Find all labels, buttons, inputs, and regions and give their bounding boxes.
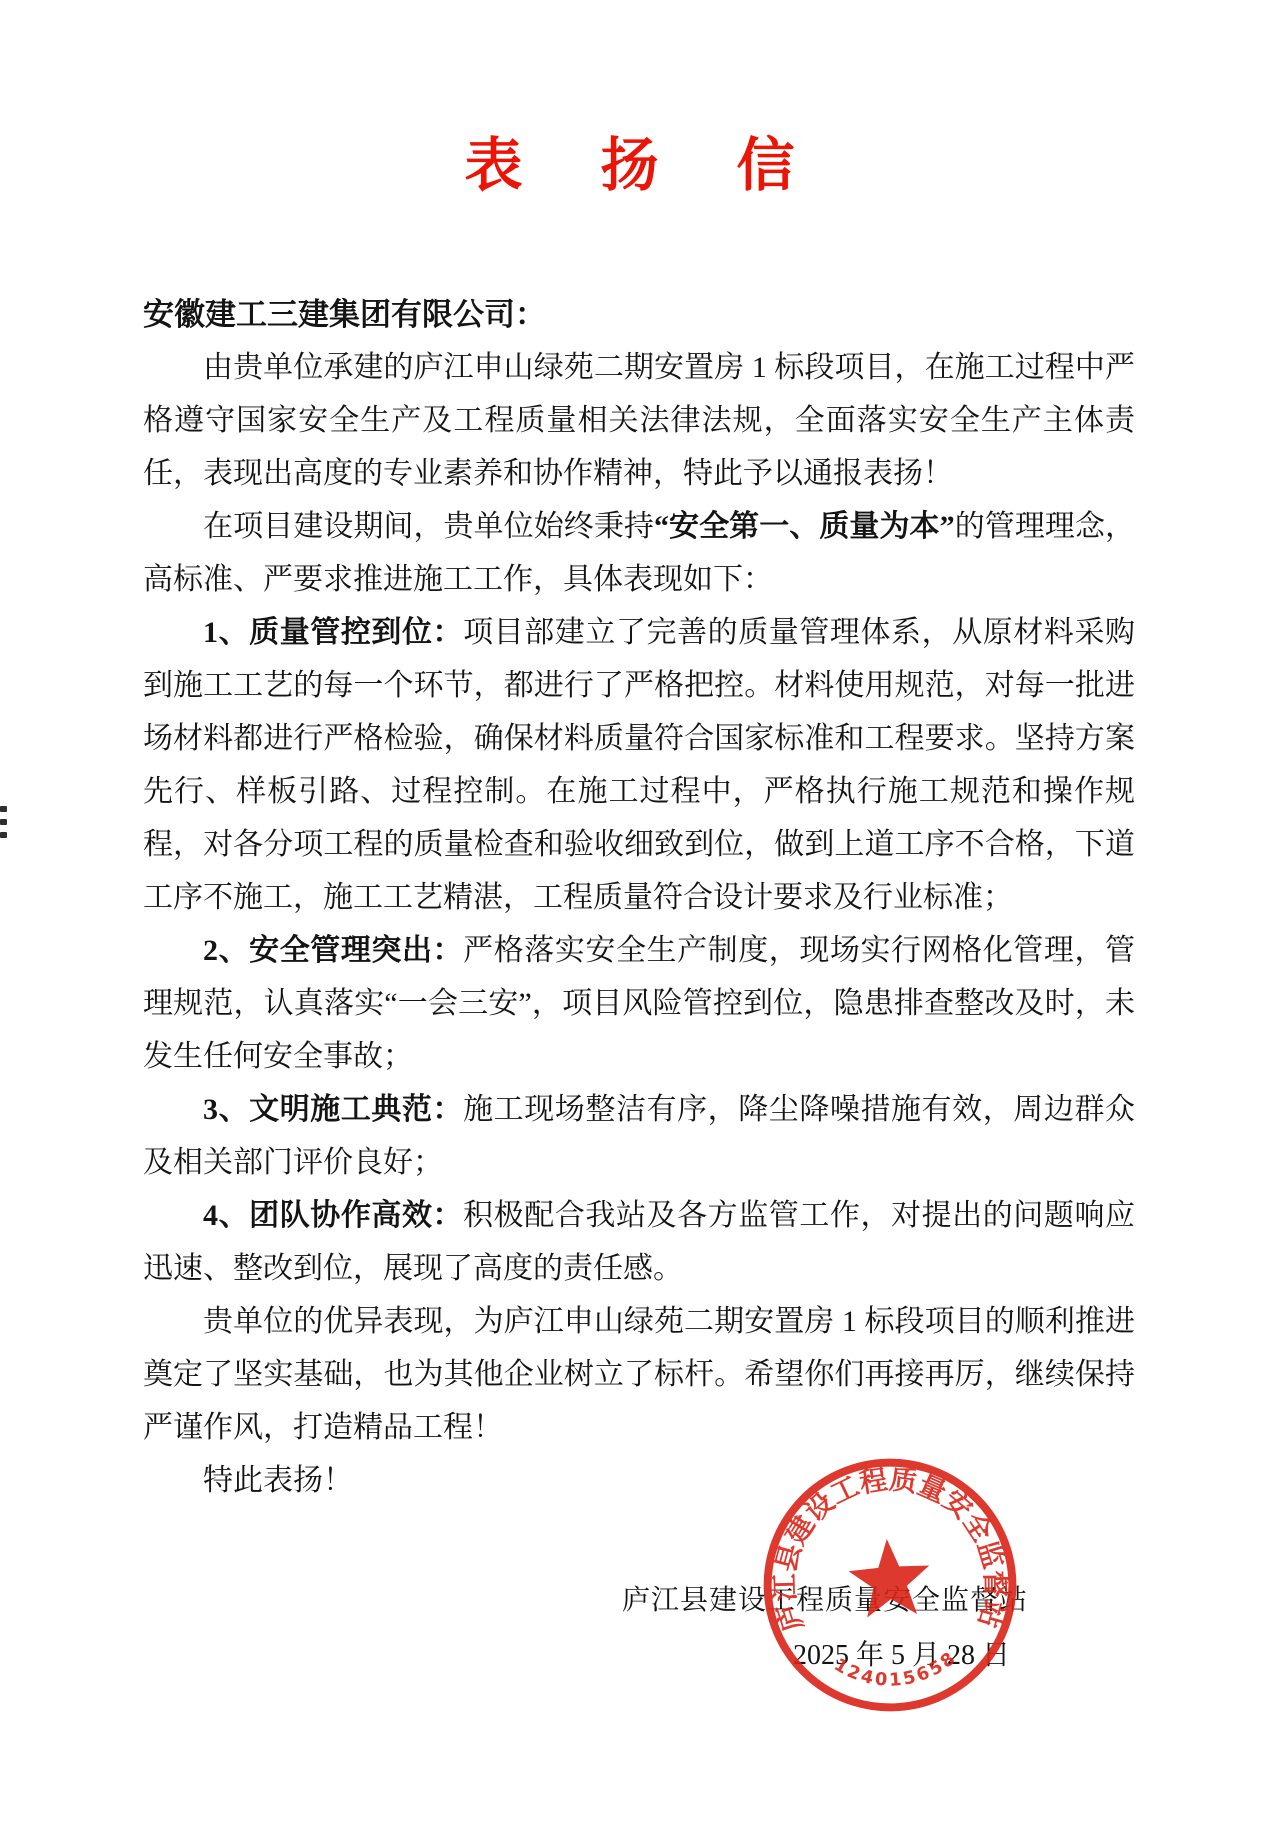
scan-artifact-mark [0,806,7,812]
stamp-star-icon [846,1536,932,1618]
commendation-letter-page: 表 扬 信 安徽建工三建集团有限公司： 由贵单位承建的庐江申山绿苑二期安置房 1… [0,0,1269,1825]
item-lead: 3、文明施工典范： [203,1093,463,1126]
item-lead: 1、质量管控到位： [203,616,463,649]
letter-title: 表 扬 信 [0,118,1269,202]
text-segment: 贵单位的优异表现，为庐江申山绿苑二期安置房 1 标段项目的顺利推进奠定了坚实基础… [143,1305,1135,1444]
text-segment: 在项目建设期间，贵单位始终秉持 [203,510,654,543]
paragraph-intro: 由贵单位承建的庐江申山绿苑二期安置房 1 标段项目，在施工过程中严格遵守国家安全… [143,341,1135,500]
scan-artifact-mark [0,819,7,825]
paragraph-item-4-teamwork: 4、团队协作高效：积极配合我站及各方监管工作，对提出的问题响应迅速、整改到位，展… [143,1189,1135,1295]
salutation: 安徽建工三建集团有限公司： [143,288,1135,341]
emphasis-quote: “安全第一、质量为本” [654,510,955,543]
letter-body: 安徽建工三建集团有限公司： 由贵单位承建的庐江申山绿苑二期安置房 1 标段项目，… [143,288,1135,1507]
item-lead: 4、团队协作高效： [203,1199,463,1232]
text-segment: 特此表扬！ [203,1464,353,1497]
scan-artifact-mark [0,832,7,838]
paragraph-item-2-safety: 2、安全管理突出：严格落实安全生产制度，现场实行网格化管理，管理规范，认真落实“… [143,924,1135,1083]
official-stamp: 庐江县建设工程质量安全监督站 01240156583 [748,1443,1032,1727]
paragraph-closing: 贵单位的优异表现，为庐江申山绿苑二期安置房 1 标段项目的顺利推进奠定了坚实基础… [143,1295,1135,1454]
paragraph-item-1-quality: 1、质量管控到位：项目部建立了完善的质量管理体系，从原材料采购到施工工艺的每一个… [143,606,1135,924]
text-segment: 由贵单位承建的庐江申山绿苑二期安置房 1 标段项目，在施工过程中严格遵守国家安全… [143,351,1135,490]
scan-artifact [0,806,7,845]
text-segment: 项目部建立了完善的质量管理体系，从原材料采购到施工工艺的每一个环节，都进行了严格… [143,616,1135,914]
paragraph-management-philosophy: 在项目建设期间，贵单位始终秉持“安全第一、质量为本”的管理理念，高标准、严要求推… [143,500,1135,606]
paragraph-item-3-civilized: 3、文明施工典范：施工现场整洁有序，降尘降噪措施有效，周边群众及相关部门评价良好… [143,1083,1135,1189]
item-lead: 2、安全管理突出： [203,934,463,967]
